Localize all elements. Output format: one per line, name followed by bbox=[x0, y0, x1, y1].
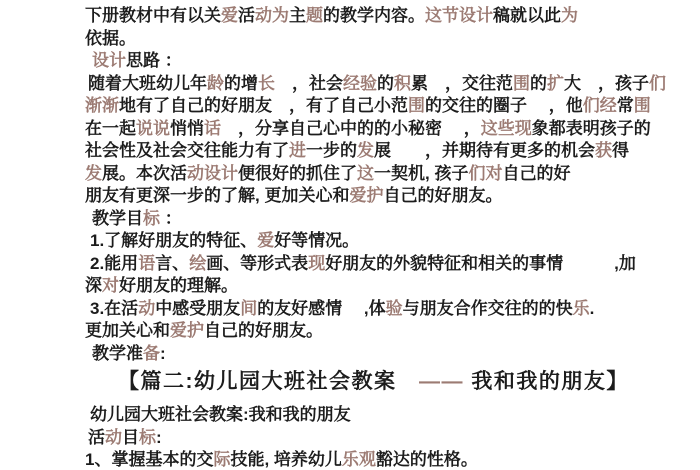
text-segment: 常 bbox=[617, 96, 634, 115]
text-segment-light: 经验 bbox=[343, 74, 377, 93]
text-segment: 随着大班幼儿年 bbox=[88, 74, 207, 93]
text-segment: 活 bbox=[238, 6, 255, 25]
text-segment: 得 bbox=[612, 141, 629, 160]
text-segment: 幼儿园大班社会教案:我和我的朋友 bbox=[90, 405, 351, 424]
text-segment: 目 bbox=[122, 428, 139, 447]
text-segment: 展。本次活 bbox=[102, 164, 187, 183]
text-segment: 与朋友合作交往的的快 bbox=[403, 299, 573, 318]
text-segment: 依据。 bbox=[85, 29, 136, 48]
text-segment-light: 对 bbox=[102, 276, 119, 295]
text-segment: 社会性及社会交往能力有了 bbox=[85, 141, 289, 160]
text-segment: 朋友有更深一步的了解, 更加关心和 bbox=[85, 186, 349, 205]
text-line: 1、掌握基本的交际技能, 培养幼儿乐观豁达的性格。 bbox=[85, 449, 692, 470]
text-segment-light: 渐渐 bbox=[85, 96, 119, 115]
text-segment-light: 们对 bbox=[468, 164, 502, 183]
text-segment-light: 说说 bbox=[136, 119, 170, 138]
text-segment: : bbox=[160, 344, 166, 363]
text-segment-light: 这节设计 bbox=[425, 6, 493, 25]
text-segment: 【篇二:幼儿园大班社会教案 bbox=[118, 370, 419, 393]
text-segment-light: 这些现 bbox=[481, 119, 532, 138]
text-segment-light: 围 bbox=[408, 96, 425, 115]
text-segment-light: 际 bbox=[213, 450, 230, 469]
text-segment-light: 围 bbox=[513, 74, 530, 93]
text-segment-light: 这 bbox=[357, 164, 374, 183]
text-line: 设计思路 ： bbox=[85, 50, 692, 73]
text-segment-light: 发 bbox=[357, 141, 374, 160]
text-segment-light: 龄 bbox=[207, 74, 224, 93]
text-segment-light: 乐 bbox=[573, 299, 590, 318]
text-segment: 稿就以此 bbox=[493, 6, 561, 25]
text-line: 随着大班幼儿年龄的增长 ，社会经验的积累 ，交往范围的扩大 ，孩子们 bbox=[85, 73, 692, 96]
text-segment: 2.能用 bbox=[90, 254, 138, 273]
text-line: 渐渐地有了自己的好朋友 ，有了自己小范围的交往的圈子 ，他们经常围 bbox=[85, 95, 692, 118]
text-segment: 教学准 bbox=[92, 344, 143, 363]
text-line: 深对好朋友的理解。 bbox=[85, 275, 692, 298]
text-line: 3.在活动中感受朋友间的友好感情 ,体验与朋友合作交往的的快乐. bbox=[85, 298, 692, 321]
text-segment-light: 乐观 bbox=[342, 450, 376, 469]
text-segment: 的教学内容。 bbox=[323, 6, 425, 25]
text-segment-light: 动 bbox=[105, 428, 122, 447]
text-segment: 深 bbox=[85, 276, 102, 295]
text-segment: 我和我的朋友】 bbox=[464, 370, 629, 393]
text-line: 教学目标 ： bbox=[85, 208, 692, 231]
text-segment-light: 扩 bbox=[547, 74, 564, 93]
text-segment: 大 ，孩子 bbox=[564, 74, 649, 93]
text-segment: 自己的好朋友。 bbox=[204, 321, 323, 340]
text-segment: 一契机, 孩子 bbox=[374, 164, 468, 183]
text-segment-light: 间 bbox=[240, 299, 257, 318]
text-segment: 象都表明孩子的 bbox=[532, 119, 651, 138]
text-line: 发展。本次活动设计便很好的抓住了这一契机, 孩子们对自己的好 bbox=[85, 163, 692, 186]
text-line: 1.了解好朋友的特征、爱好等情况。 bbox=[85, 230, 692, 253]
text-segment-light: 长 bbox=[258, 74, 275, 93]
text-segment: 1.了解好朋友的特征、 bbox=[90, 231, 257, 250]
text-segment: 主 bbox=[289, 6, 306, 25]
text-segment-light: 获 bbox=[595, 141, 612, 160]
text-segment: : bbox=[156, 428, 162, 447]
text-segment: 3.在活 bbox=[90, 299, 138, 318]
text-segment-light: 动设计 bbox=[187, 164, 238, 183]
text-segment: 1、掌握基本的交 bbox=[85, 450, 213, 469]
text-line: 社会性及社会交往能力有了进一步的发展 ，并期待有更多的机会获得 bbox=[85, 140, 692, 163]
text-segment-light: 积 bbox=[394, 74, 411, 93]
text-segment-light: 语 bbox=[138, 254, 155, 273]
text-segment: 好朋友的外貌特征和相关的事情 ,加 bbox=[325, 254, 636, 273]
text-segment-light: 进 bbox=[289, 141, 306, 160]
text-segment-light: 现 bbox=[308, 254, 325, 273]
text-segment-light: 动 bbox=[138, 299, 155, 318]
text-segment-light: 标 bbox=[143, 209, 160, 228]
text-segment: 画、等形式表 bbox=[206, 254, 308, 273]
text-segment: 中感受朋友 bbox=[155, 299, 240, 318]
text-segment: 下册教材中有以关 bbox=[85, 6, 221, 25]
text-segment: 更加关心和 bbox=[85, 321, 170, 340]
text-segment: 的友好感情 ,体 bbox=[257, 299, 385, 318]
text-segment-light: 标 bbox=[139, 428, 156, 447]
text-segment: ，分享自己心中的的小秘密 ， bbox=[221, 119, 481, 138]
text-segment-light: 们 bbox=[649, 74, 666, 93]
text-line: 教学准备: bbox=[85, 343, 692, 366]
text-line: 在一起说说悄悄话 ，分享自己心中的的小秘密 ，这些现象都表明孩子的 bbox=[85, 118, 692, 141]
text-segment-light: 题 bbox=[306, 6, 323, 25]
text-segment: 自己的好 bbox=[502, 164, 570, 183]
document-page: 下册教材中有以关爱活动为主题的教学内容。这节设计稿就以此为依据。设计思路 ：随着… bbox=[0, 0, 700, 470]
text-segment: 自己的好朋友。 bbox=[383, 186, 502, 205]
text-segment-light: 绘 bbox=[189, 254, 206, 273]
text-segment: 好朋友的理解。 bbox=[119, 276, 238, 295]
text-segment-light: 话 bbox=[204, 119, 221, 138]
text-segment: 悄悄 bbox=[170, 119, 204, 138]
text-segment-light: 爱护 bbox=[349, 186, 383, 205]
text-segment: 便很好的抓住了 bbox=[238, 164, 357, 183]
text-segment: 豁达的性格。 bbox=[376, 450, 478, 469]
text-segment: 展 ，并期待有更多的机会 bbox=[374, 141, 595, 160]
text-segment: ，社会 bbox=[275, 74, 343, 93]
text-segment: 好等情况。 bbox=[274, 231, 359, 250]
section-heading: 【篇二:幼儿园大班社会教案 —— 我和我的朋友】 bbox=[85, 367, 692, 397]
line-spacer bbox=[85, 397, 692, 404]
text-segment-light: —— bbox=[419, 370, 464, 393]
text-segment: 的增 bbox=[224, 74, 258, 93]
text-line: 依据。 bbox=[85, 28, 692, 51]
text-segment-light: 验 bbox=[386, 299, 403, 318]
text-segment: . bbox=[590, 299, 595, 318]
text-segment: 活 bbox=[88, 428, 105, 447]
text-segment-light: 爱护 bbox=[170, 321, 204, 340]
text-line: 下册教材中有以关爱活动为主题的教学内容。这节设计稿就以此为 bbox=[85, 5, 692, 28]
text-segment-light: 发 bbox=[85, 164, 102, 183]
text-segment-light: 设计 bbox=[92, 51, 126, 70]
text-segment: 的交往的圈子 ，他 bbox=[425, 96, 583, 115]
text-segment: 一步的 bbox=[306, 141, 357, 160]
text-segment: 思路 ： bbox=[126, 51, 182, 70]
text-segment-light: 爱 bbox=[221, 6, 238, 25]
text-line: 幼儿园大班社会教案:我和我的朋友 bbox=[85, 404, 692, 427]
text-segment-light: 爱 bbox=[257, 231, 274, 250]
text-segment: 的 bbox=[530, 74, 547, 93]
text-segment-light: 为 bbox=[561, 6, 578, 25]
text-segment: 的 bbox=[377, 74, 394, 93]
text-line: 2.能用语言、绘画、等形式表现好朋友的外貌特征和相关的事情 ,加 bbox=[85, 253, 692, 276]
text-segment-light: 围 bbox=[634, 96, 651, 115]
text-line: 更加关心和爱护自己的好朋友。 bbox=[85, 320, 692, 343]
document-body: 下册教材中有以关爱活动为主题的教学内容。这节设计稿就以此为依据。设计思路 ：随着… bbox=[85, 5, 692, 470]
text-line: 朋友有更深一步的了解, 更加关心和爱护自己的好朋友。 bbox=[85, 185, 692, 208]
text-segment: 累 ，交往范 bbox=[411, 74, 513, 93]
text-line: 活动目标: bbox=[85, 427, 692, 450]
text-segment-light: 们经 bbox=[583, 96, 617, 115]
text-segment-light: 动为 bbox=[255, 6, 289, 25]
text-segment: 技能, 培养幼儿 bbox=[230, 450, 341, 469]
text-segment: ： bbox=[160, 209, 182, 228]
text-segment-light: 备 bbox=[143, 344, 160, 363]
text-segment: 地有了自己的好朋友 ，有了自己小范 bbox=[119, 96, 408, 115]
text-segment: 教学目 bbox=[92, 209, 143, 228]
text-segment: 言、 bbox=[155, 254, 189, 273]
text-segment: 在一起 bbox=[85, 119, 136, 138]
